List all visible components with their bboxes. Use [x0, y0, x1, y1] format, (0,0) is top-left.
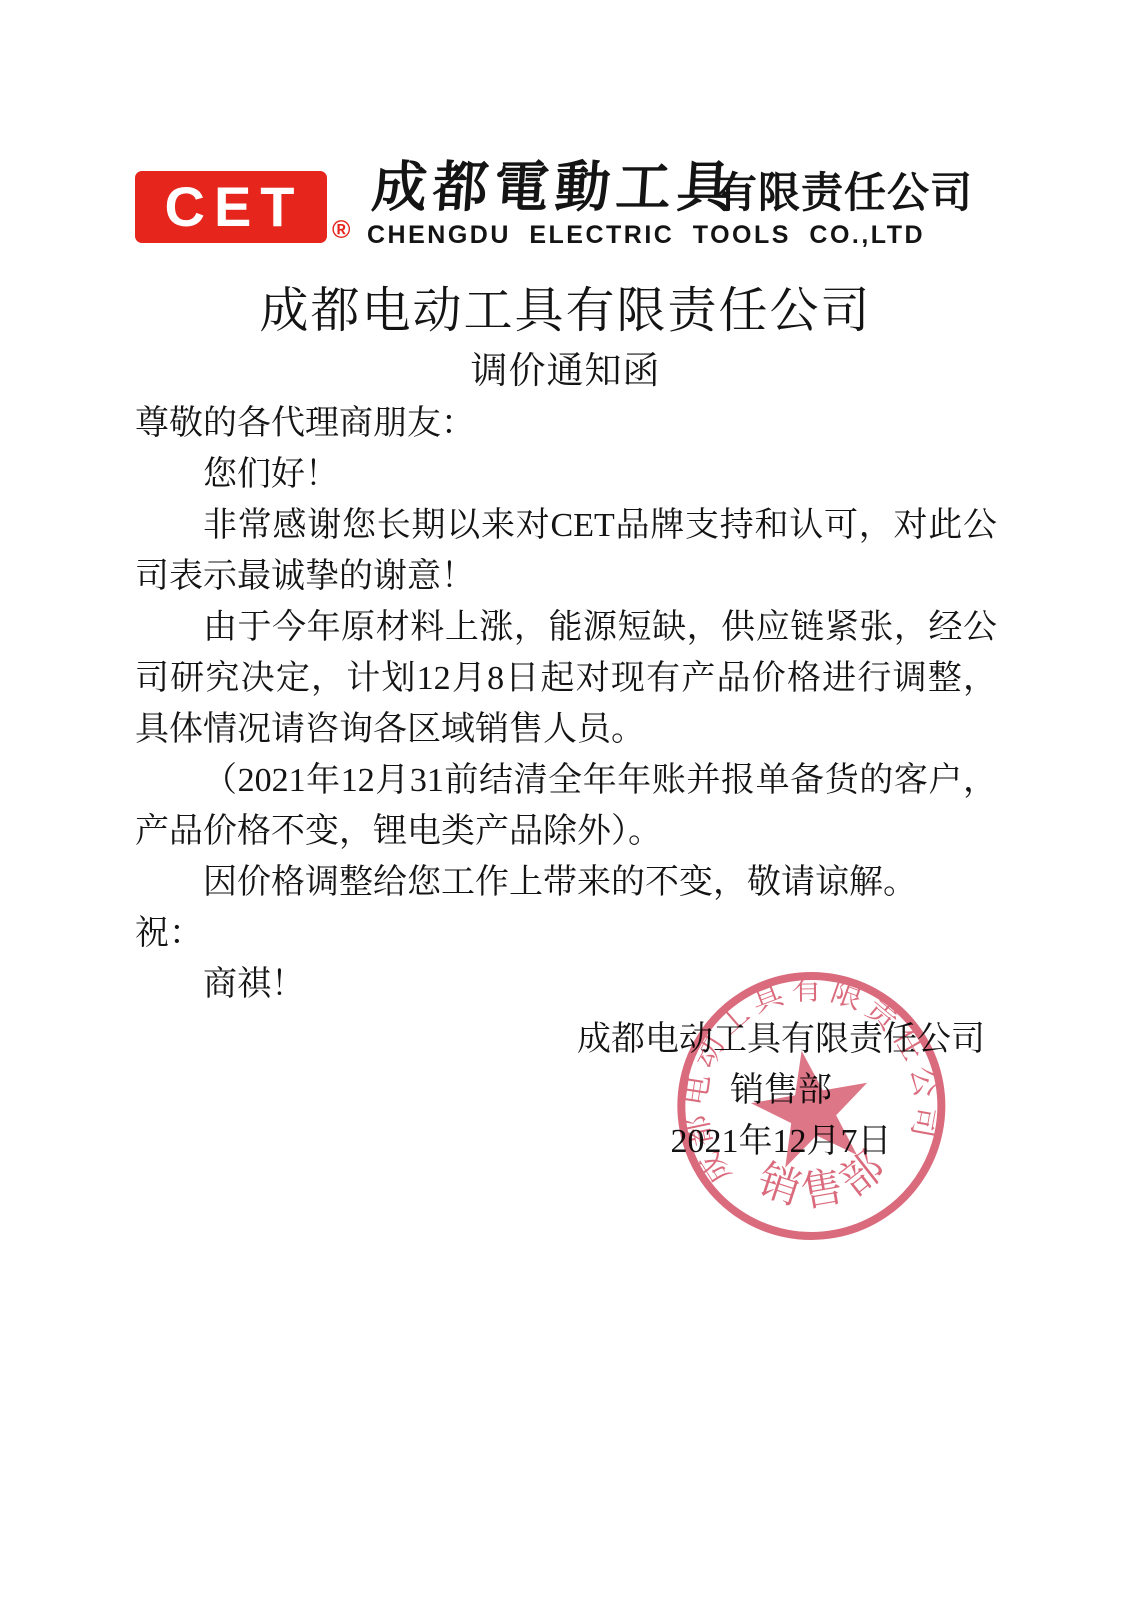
company-letterhead: CET ® 成都電動工具 有限责任公司 CHENGDU ELECTRIC TOO…	[0, 0, 1131, 270]
cet-logo: CET	[135, 171, 327, 243]
wish-text: 商祺！	[135, 959, 997, 1010]
paragraph-thanks: 非常感谢您长期以来对CET品牌支持和认可，对此公司表示最诚挚的谢意！	[135, 500, 997, 602]
company-name-english: CHENGDU ELECTRIC TOOLS CO.,LTD	[367, 222, 1007, 250]
company-name-calligraphy: 成都電動工具	[370, 157, 714, 218]
paragraph-greeting: 您们好！	[135, 449, 997, 500]
letter-page: CET ® 成都電動工具 有限责任公司 CHENGDU ELECTRIC TOO…	[0, 0, 1131, 1600]
paragraph-apology: 因价格调整给您工作上带来的不变，敬请谅解。	[135, 857, 997, 908]
registered-trademark-icon: ®	[332, 218, 350, 243]
document-title: 成都电动工具有限责任公司	[0, 283, 1131, 339]
document-subtitle: 调价通知函	[0, 351, 1131, 394]
signature-block: 成都电动工具有限责任公司 销售部 2021年12月7日	[577, 1014, 985, 1167]
letter-body: 尊敬的各代理商朋友： 您们好！ 非常感谢您长期以来对CET品牌支持和认可，对此公…	[135, 398, 997, 1010]
paragraph-price-adjustment: 由于今年原材料上涨，能源短缺，供应链紧张，经公司研究决定，计划12月8日起对现有…	[135, 602, 997, 755]
salutation: 尊敬的各代理商朋友：	[135, 398, 997, 449]
signature-date: 2021年12月7日	[577, 1116, 985, 1167]
wish-prefix: 祝：	[135, 908, 997, 959]
signature-company: 成都电动工具有限责任公司	[577, 1014, 985, 1065]
paragraph-exception: （2021年12月31前结清全年年账并报单备货的客户，产品价格不变，锂电类产品除…	[135, 755, 997, 857]
company-name-suffix: 有限责任公司	[715, 172, 973, 214]
cet-logo-text: CET	[159, 179, 304, 235]
signature-department: 销售部	[577, 1065, 985, 1116]
